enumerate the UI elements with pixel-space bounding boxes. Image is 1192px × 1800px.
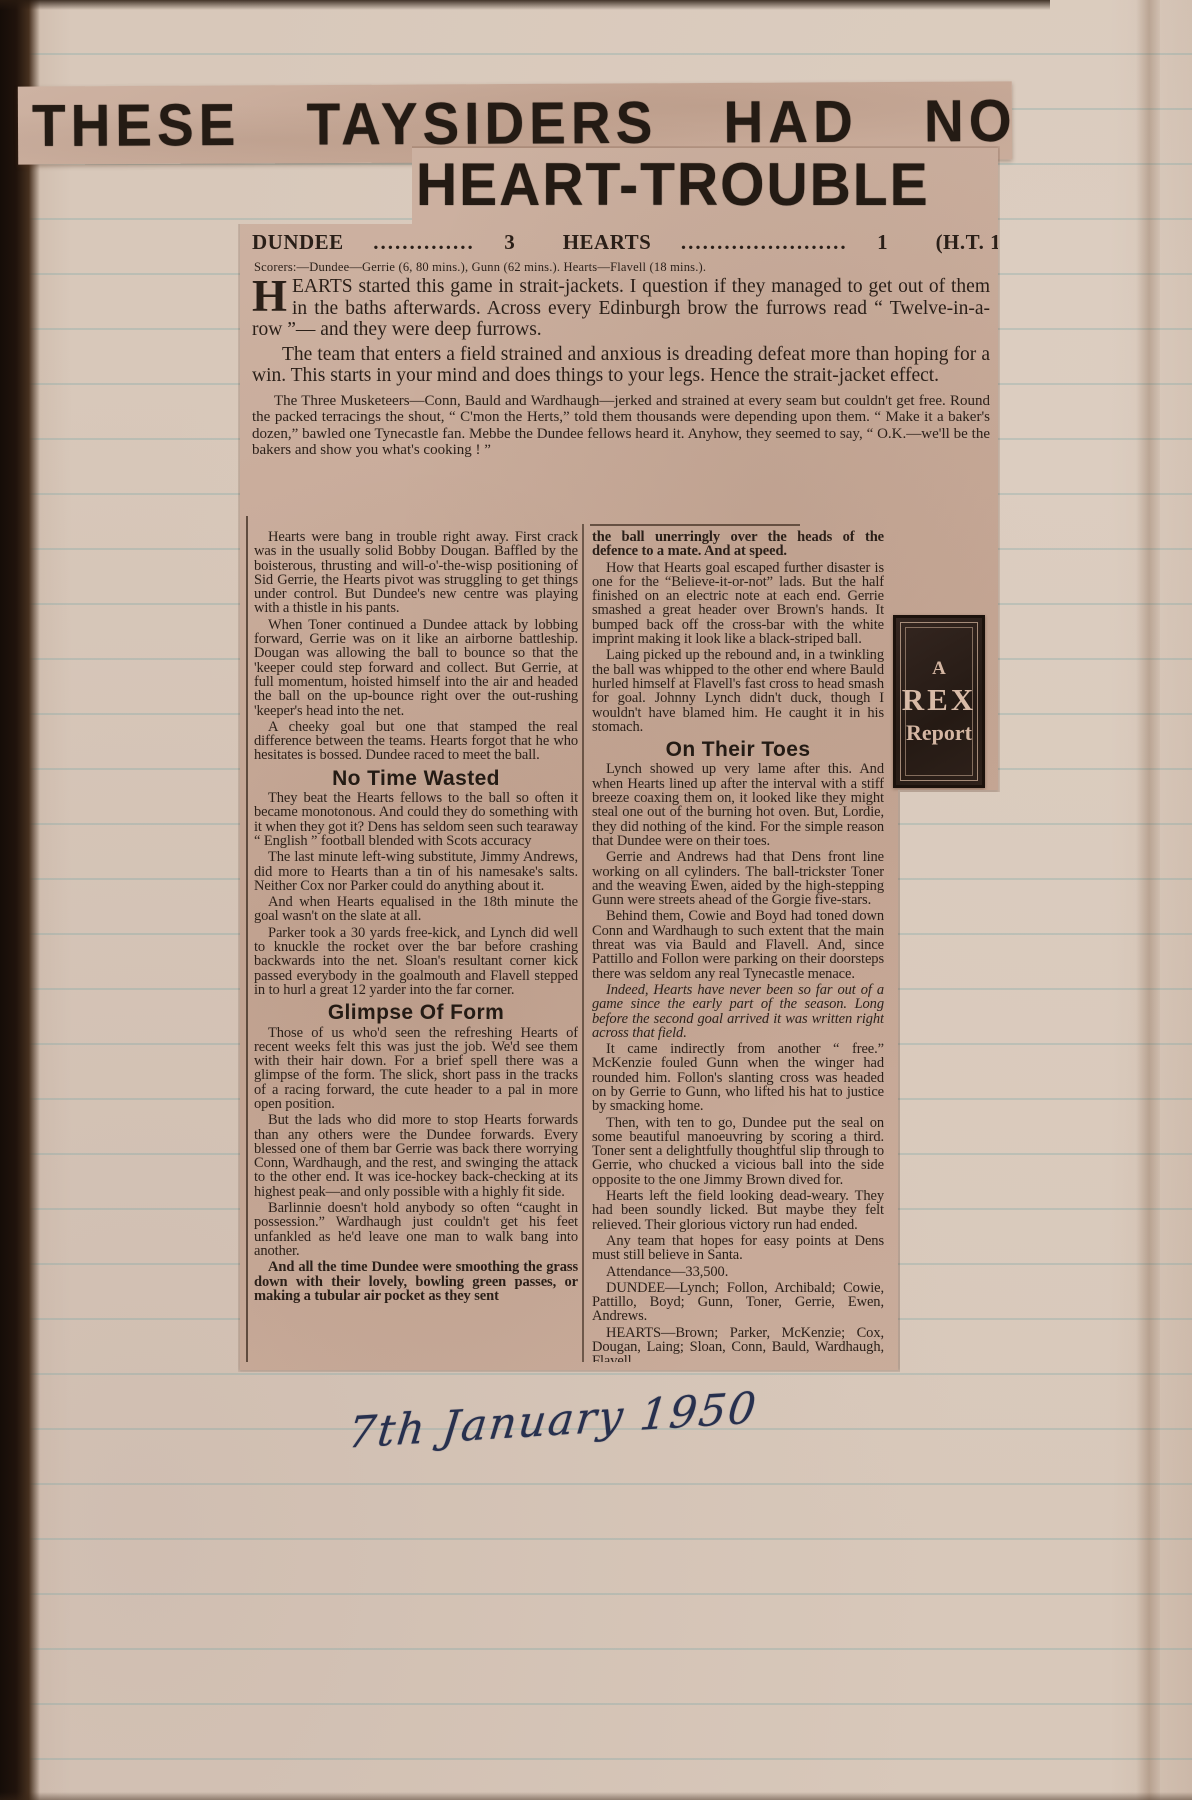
body-paragraph: The last minute left-wing substitute, Ji… xyxy=(254,850,578,893)
away-team: HEARTS xyxy=(563,230,652,254)
book-spine-shadow xyxy=(0,0,40,1800)
body-paragraph: But the lads who did more to stop Hearts… xyxy=(254,1113,578,1199)
body-paragraph: How that Hearts goal escaped further dis… xyxy=(592,561,884,647)
body-paragraph: Hearts were bang in trouble right away. … xyxy=(254,530,578,616)
body-paragraph: Behind them, Cowie and Boyd had toned do… xyxy=(592,909,884,980)
body-paragraph: Then, with ten to go, Dundee put the sea… xyxy=(592,1116,884,1187)
body-paragraph: Barlinnie doesn't hold anybody so often … xyxy=(254,1201,578,1258)
away-score: 1 xyxy=(877,230,888,254)
body-paragraph: Parker took a 30 yards free-kick, and Ly… xyxy=(254,926,578,997)
body-paragraph: They beat the Hearts fellows to the ball… xyxy=(254,791,578,848)
page-right-crease xyxy=(1136,0,1160,1800)
article-intro: HEARTS started this game in strait-jacke… xyxy=(252,276,990,459)
column-divider-rule xyxy=(582,524,584,1362)
home-score: 3 xyxy=(504,230,515,254)
intro-paragraph: The team that enters a field strained an… xyxy=(252,344,990,387)
left-column: Hearts were bang in trouble right away. … xyxy=(254,530,578,1362)
body-paragraph: When Toner continued a Dundee attack by … xyxy=(254,618,578,718)
body-paragraph: And when Hearts equalised in the 18th mi… xyxy=(254,895,578,924)
body-paragraph: It came indirectly from another “ free.”… xyxy=(592,1042,884,1113)
headline-line2: HEART-TROUBLE xyxy=(416,152,852,217)
scorers-line: Scorers:—Dundee—Gerrie (6, 80 mins.), Gu… xyxy=(254,260,994,275)
lineup-dundee: DUNDEE—Lynch; Follon, Archibald; Cowie, … xyxy=(592,1281,884,1324)
body-paragraph: Hearts left the field looking dead-weary… xyxy=(592,1189,884,1232)
intro-paragraph: HEARTS started this game in strait-jacke… xyxy=(252,276,990,341)
intro-paragraph: The Three Musketeers—Conn, Bauld and War… xyxy=(252,393,990,459)
section-heading-no-time-wasted: No Time Wasted xyxy=(254,772,578,786)
body-paragraph: Laing picked up the rebound and, in a tw… xyxy=(592,648,884,734)
page-bottom-edge-shadow xyxy=(0,1792,1192,1800)
article-clipping: HEART-TROUBLE DUNDEE .............. 3 HE… xyxy=(240,148,998,1370)
column-rule-left xyxy=(246,516,248,1362)
section-heading-glimpse-of-form: Glimpse Of Form xyxy=(254,1006,578,1020)
home-team: DUNDEE xyxy=(252,230,344,254)
column-top-rule xyxy=(590,524,800,526)
rex-badge-border-inner xyxy=(905,627,973,776)
right-column: the ball unerringly over the heads of th… xyxy=(592,530,884,1362)
body-paragraph: Any team that hopes for easy points at D… xyxy=(592,1234,884,1263)
match-scoreline: DUNDEE .............. 3 HEARTS .........… xyxy=(252,230,992,255)
body-paragraph: Those of us who'd seen the refreshing He… xyxy=(254,1026,578,1112)
body-paragraph-italic: Indeed, Hearts have never been so far ou… xyxy=(592,983,884,1040)
lineup-hearts: HEARTS—Brown; Parker, McKenzie; Cox, Dou… xyxy=(592,1326,884,1362)
body-paragraph: A cheeky goal but one that stamped the r… xyxy=(254,720,578,763)
attendance-line: Attendance—33,500. xyxy=(592,1265,884,1279)
rex-report-badge: A REX Report xyxy=(893,615,985,788)
body-paragraph-bold: And all the time Dundee were smoothing t… xyxy=(254,1260,578,1303)
body-paragraph: Gerrie and Andrews had that Dens front l… xyxy=(592,850,884,907)
page-top-edge-shadow xyxy=(0,0,1050,10)
section-heading-on-their-toes: On Their Toes xyxy=(592,743,884,757)
dots-leader: .............. xyxy=(373,230,475,254)
body-paragraph: Lynch showed up very lame after this. An… xyxy=(592,762,884,848)
body-paragraph-bold: the ball unerringly over the heads of th… xyxy=(592,530,884,559)
scrapbook-page: { "headline": { "line1": "THESE TAYSIDER… xyxy=(0,0,1192,1800)
dots-leader: ....................... xyxy=(681,230,848,254)
